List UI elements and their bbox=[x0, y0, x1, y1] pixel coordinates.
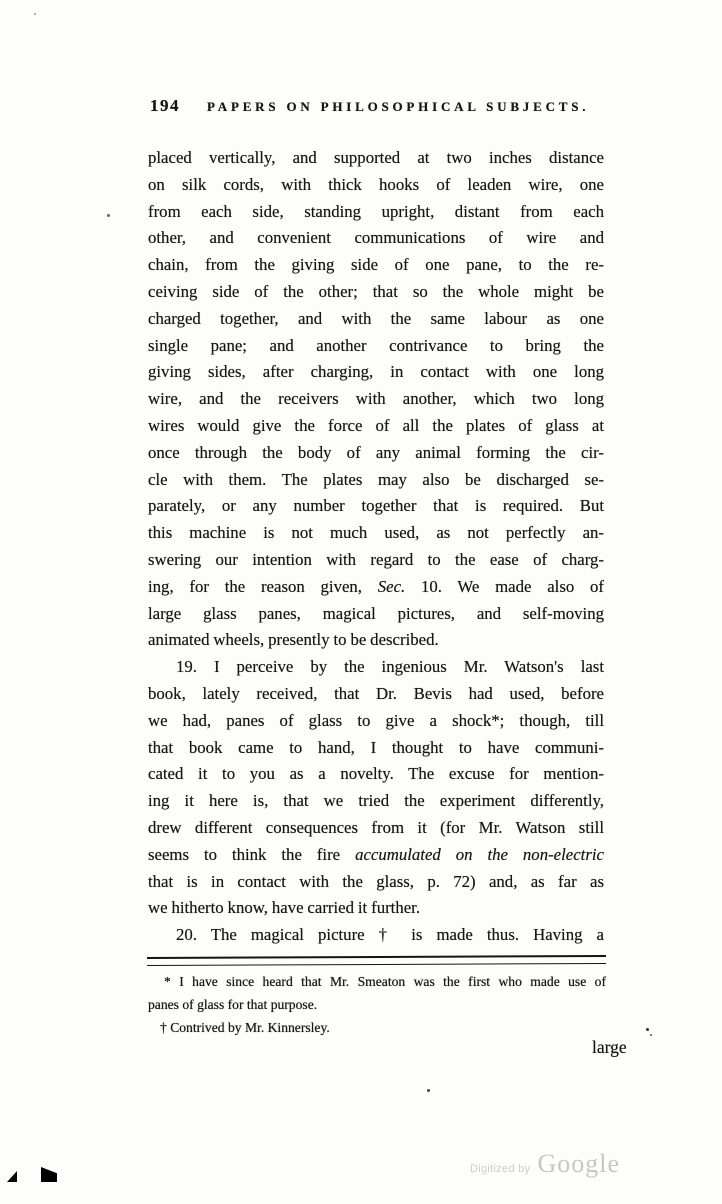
footnotes: * I have since heard that Mr. Smeaton wa… bbox=[148, 970, 606, 1039]
page-number: 194 bbox=[150, 96, 180, 116]
line-text: wire, and the receivers with another, wh… bbox=[148, 389, 604, 408]
footnote-text: panes of glass for that purpose. bbox=[148, 997, 317, 1012]
line-text: 10. We made also of bbox=[405, 577, 604, 596]
text-line: animated wheels, presently to be describ… bbox=[148, 627, 604, 654]
line-text: parately, or any number together that is… bbox=[148, 496, 604, 515]
line-text: from each side, standing upright, distan… bbox=[148, 202, 604, 221]
text-line: this machine is not much used, as not pe… bbox=[148, 520, 604, 547]
line-text: placed vertically, and supported at two … bbox=[148, 148, 604, 167]
line-text: book, lately received, that Dr. Bevis ha… bbox=[148, 684, 604, 703]
digitized-by-google-watermark: Digitized by Google bbox=[470, 1149, 620, 1179]
footnote-line: * I have since heard that Mr. Smeaton wa… bbox=[148, 970, 606, 993]
text-line: cle with them. The plates may also be di… bbox=[148, 467, 604, 494]
footnote-text: * I have since heard that Mr. Smeaton wa… bbox=[164, 974, 606, 989]
line-text: other, and convenient communications of … bbox=[148, 228, 604, 247]
footnote-line: panes of glass for that purpose. bbox=[148, 993, 606, 1016]
text-line: that book came to hand, I thought to hav… bbox=[148, 735, 604, 762]
text-line: drew different consequences from it (for… bbox=[148, 815, 604, 842]
line-text: drew different consequences from it (for… bbox=[148, 818, 604, 837]
line-text: we hitherto know, have carried it furthe… bbox=[148, 898, 420, 917]
line-text: giving sides, after charging, in contact… bbox=[148, 362, 604, 381]
catchword: large bbox=[592, 1036, 627, 1058]
line-text: wires would give the force of all the pl… bbox=[148, 416, 604, 435]
line-text-italic: Sec. bbox=[378, 577, 405, 596]
line-text: swering our intention with regard to the… bbox=[148, 550, 604, 569]
google-logo: Google bbox=[537, 1149, 620, 1179]
scan-speck bbox=[427, 1089, 430, 1092]
line-text: charged together, and with the same labo… bbox=[148, 309, 604, 328]
line-text: 19. I perceive by the ingenious Mr. Wats… bbox=[176, 657, 604, 676]
line-text: once through the body of any animal form… bbox=[148, 443, 604, 462]
text-line: that is in contact with the glass, p. 72… bbox=[148, 869, 604, 896]
running-title: PAPERS ON PHILOSOPHICAL SUBJECTS. bbox=[207, 99, 589, 115]
text-line: ing, for the reason given, Sec. 10. We m… bbox=[148, 574, 604, 601]
line-text: this machine is not much used, as not pe… bbox=[148, 523, 604, 542]
text-line: we hitherto know, have carried it furthe… bbox=[148, 895, 604, 922]
text-line: book, lately received, that Dr. Bevis ha… bbox=[148, 681, 604, 708]
footnote-text: † Contrived by Mr. Kinnersley. bbox=[160, 1020, 330, 1035]
text-line: ceiving side of the other; that so the w… bbox=[148, 279, 604, 306]
line-text: single pane; and another contrivance to … bbox=[148, 336, 604, 355]
running-header: 194 PAPERS ON PHILOSOPHICAL SUBJECTS. bbox=[150, 96, 606, 116]
text-line: placed vertically, and supported at two … bbox=[148, 145, 604, 172]
scan-speck bbox=[650, 1034, 652, 1036]
text-line: chain, from the giving side of one pane,… bbox=[148, 252, 604, 279]
scan-speck bbox=[646, 1028, 649, 1031]
line-text: 20. The magical picture † is made thus. … bbox=[176, 925, 604, 944]
line-text: cated it to you as a novelty. The excuse… bbox=[148, 764, 604, 783]
text-line: charged together, and with the same labo… bbox=[148, 306, 604, 333]
scan-artifact-triangle bbox=[7, 1171, 17, 1182]
text-line: swering our intention with regard to the… bbox=[148, 547, 604, 574]
line-text: animated wheels, presently to be describ… bbox=[148, 630, 439, 649]
footnote-separator-rule bbox=[147, 955, 606, 966]
line-text: that book came to hand, I thought to hav… bbox=[148, 738, 604, 757]
line-text: that is in contact with the glass, p. 72… bbox=[148, 872, 604, 891]
line-text-italic: accumulated on the non-electric bbox=[355, 845, 604, 864]
text-line: other, and convenient communications of … bbox=[148, 225, 604, 252]
line-text: large glass panes, magical pictures, and… bbox=[148, 604, 604, 623]
text-line: from each side, standing upright, distan… bbox=[148, 199, 604, 226]
scan-speck bbox=[107, 214, 110, 217]
text-line: once through the body of any animal form… bbox=[148, 440, 604, 467]
text-line-paragraph-start: 19. I perceive by the ingenious Mr. Wats… bbox=[148, 654, 604, 681]
text-line: giving sides, after charging, in contact… bbox=[148, 359, 604, 386]
line-text: cle with them. The plates may also be di… bbox=[148, 470, 604, 489]
text-line: wires would give the force of all the pl… bbox=[148, 413, 604, 440]
text-line: seems to think the fire accumulated on t… bbox=[148, 842, 604, 869]
text-line: large glass panes, magical pictures, and… bbox=[148, 601, 604, 628]
text-line: cated it to you as a novelty. The excuse… bbox=[148, 761, 604, 788]
line-text: ing it here is, that we tried the experi… bbox=[148, 791, 604, 810]
line-text: we had, panes of glass to give a shock*;… bbox=[148, 711, 604, 730]
text-line: we had, panes of glass to give a shock*;… bbox=[148, 708, 604, 735]
text-line: ing it here is, that we tried the experi… bbox=[148, 788, 604, 815]
line-text: seems to think the fire bbox=[148, 845, 355, 864]
text-line: single pane; and another contrivance to … bbox=[148, 333, 604, 360]
line-text: ceiving side of the other; that so the w… bbox=[148, 282, 604, 301]
line-text: chain, from the giving side of one pane,… bbox=[148, 255, 604, 274]
line-text: on silk cords, with thick hooks of leade… bbox=[148, 175, 604, 194]
scan-speck bbox=[34, 13, 36, 15]
text-line-paragraph-start: 20. The magical picture † is made thus. … bbox=[148, 922, 604, 949]
footnote-line: † Contrived by Mr. Kinnersley. bbox=[148, 1016, 606, 1039]
text-line: parately, or any number together that is… bbox=[148, 493, 604, 520]
watermark-prefix: Digitized by bbox=[470, 1163, 530, 1175]
text-line: wire, and the receivers with another, wh… bbox=[148, 386, 604, 413]
scan-artifact-triangle bbox=[41, 1167, 57, 1182]
text-line: on silk cords, with thick hooks of leade… bbox=[148, 172, 604, 199]
main-text-column: placed vertically, and supported at two … bbox=[148, 145, 604, 949]
book-page: 194 PAPERS ON PHILOSOPHICAL SUBJECTS. pl… bbox=[0, 0, 722, 1204]
line-text: ing, for the reason given, bbox=[148, 577, 378, 596]
